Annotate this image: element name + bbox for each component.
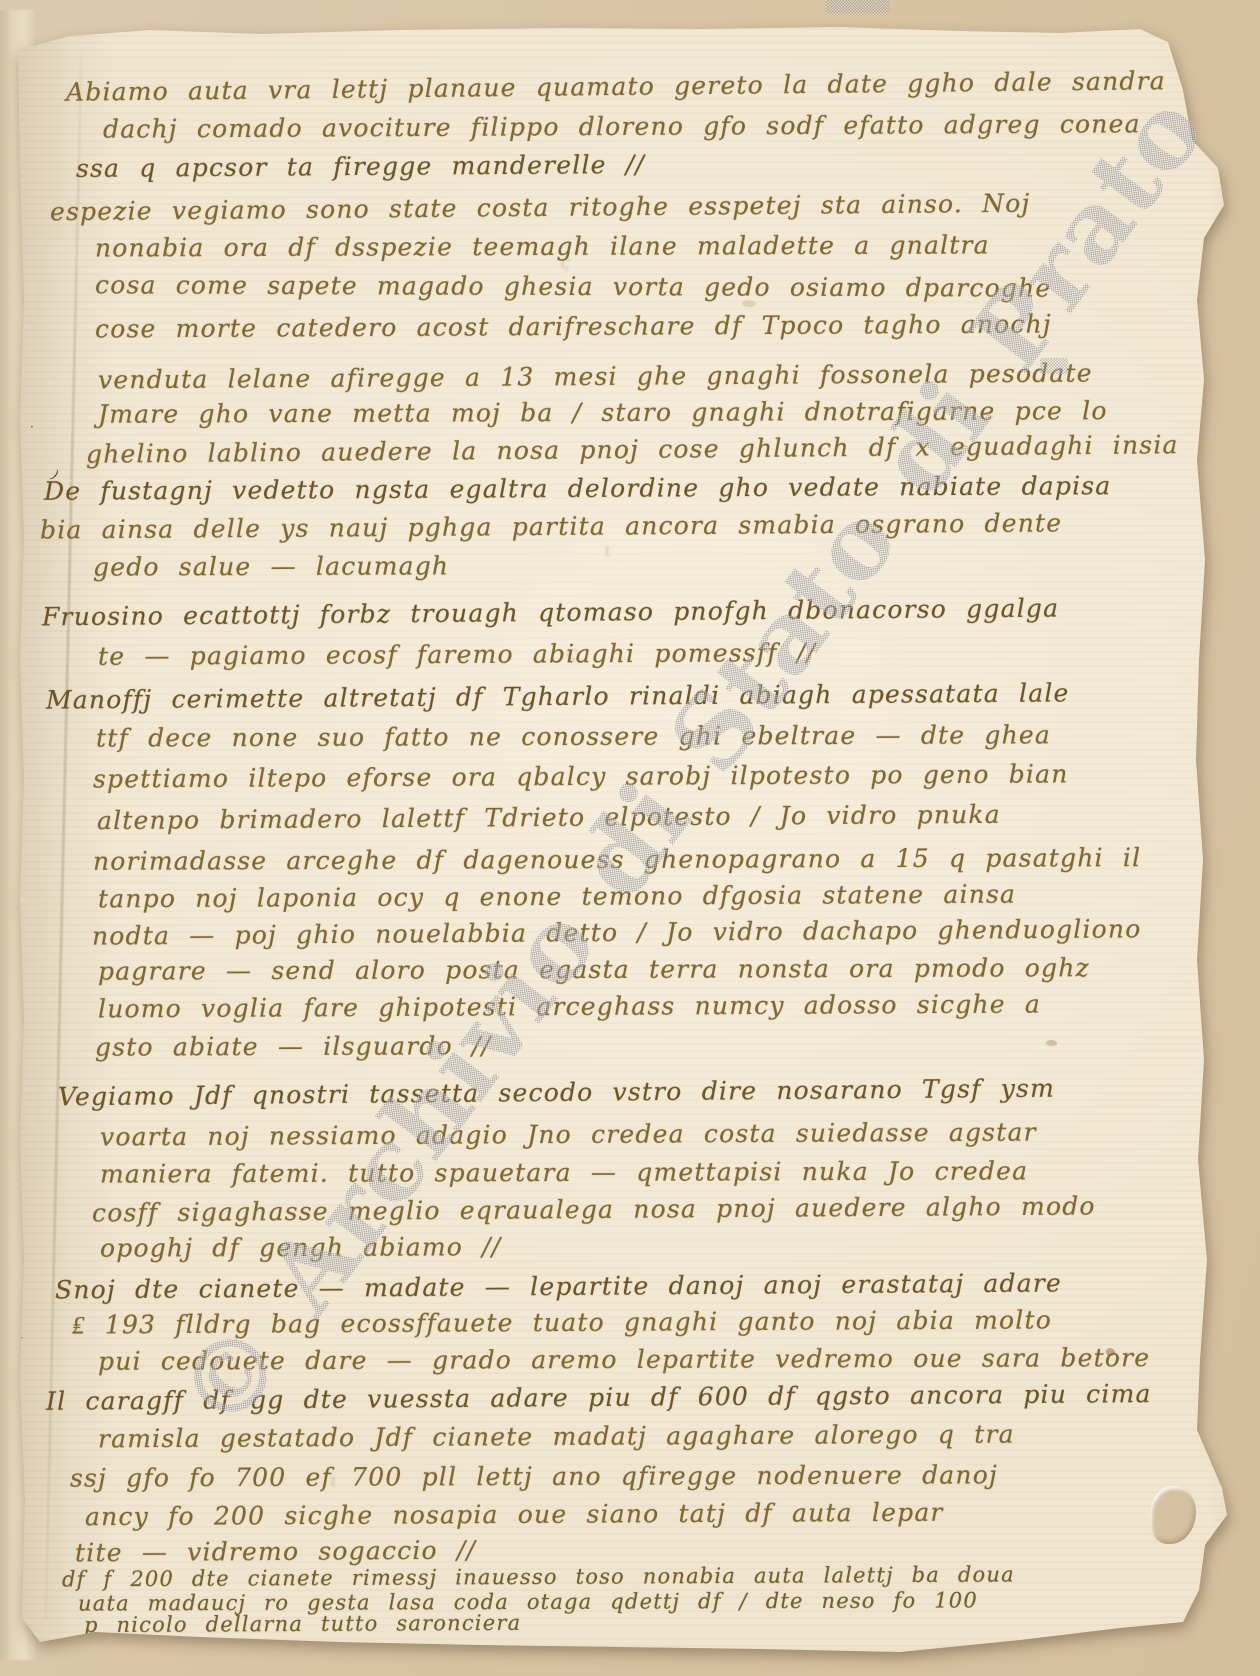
ms-line: voarta noj nessiamo adagio Jno credea co… [100,1118,1037,1153]
ms-line: p nicolo dellarna tutto saronciera [84,1608,521,1640]
ms-line: ancy fo 200 sicghe nosapia oue siano tat… [85,1498,944,1532]
ms-line: Snoj dte cianete — madate — lepartite da… [55,1268,1062,1305]
margin-mark: ʃ [0,436,11,455]
wm-fragment [826,0,890,13]
ms-line: cose morte catedero acost darifreschare … [95,309,1052,344]
margin-mark: ι [8,806,18,823]
ms-line: Fruosino ecattottj forbz trouagh qtomaso… [42,594,1059,633]
ms-line: ssa q apcsor ta firegge manderelle // [76,150,645,184]
ms-line: ssj gfo fo 700 ef 700 pll lettj ano qfir… [70,1460,998,1493]
margin-mark: ) [1,148,14,167]
ms-line: altenpo brimadero lalettf Tdrieto elpote… [97,800,1001,836]
ms-line: cosff sigaghasse meglio eqraualega nosa … [92,1191,1096,1228]
stain [1046,1040,1057,1046]
ms-line: Vegiamo Jdf qnostri tassetta secodo vstr… [58,1074,1055,1113]
ms-line: ghelino lablino auedere la nosa pnoj cos… [86,430,1179,470]
margin-mark: ) [2,940,14,957]
stain [1106,1348,1115,1356]
margin-mark: ~ [11,1329,25,1346]
ms-line: dachj comado avociture filippo dloreno g… [103,109,1141,144]
ms-line: ttf dece none suo fatto ne conossere ghi… [96,720,1051,753]
margin-mark: · [2,291,6,306]
margin-mark: ι [5,596,16,613]
binding-crease [44,55,83,1620]
margin-mark: · [2,872,6,886]
ms-line: gedo salue — lacumagh [93,551,449,582]
ms-line: espezie vegiamo sono state costa ritoghe… [50,189,1031,228]
margin-mark: · [6,700,10,714]
showthrough: ι [604,540,611,561]
worm-hole [1150,1486,1196,1544]
wm-fragment [1040,358,1068,374]
margin-mark: ʃ [0,1010,8,1028]
manuscript-scan: ςιςι Abiamo auta vra lettj planaue quama… [0,0,1260,1676]
margin-mark: · [2,1408,6,1422]
margin-mark: ʃ [0,752,9,771]
ms-line: Manoffj cerimette altretatj df Tgharlo r… [46,678,1070,715]
ms-line: maniera fatemi. tutto spauetara — qmetta… [100,1156,1028,1189]
margin-mark: ʃ [2,1546,11,1564]
margin-mark: , [2,247,14,263]
ms-line: nonabia ora df dsspezie teemagh ilane ma… [95,230,990,263]
ms-line: cosa come sapete magado ghesia vorta ged… [95,270,1051,303]
margin-mark: ( [0,520,10,539]
ms-line: Abiamo auta vra lettj planaue quamato ge… [66,66,1166,108]
ms-line: spettiamo iltepo eforse ora qbalcy sarob… [93,759,1069,794]
margin-mark: ʃ [0,203,8,222]
margin-mark: ϛ [7,387,20,407]
margin-mark: ) [0,648,12,667]
margin-mark: ι [5,1254,16,1271]
stain [742,300,756,307]
margin-mark: · [30,420,34,434]
